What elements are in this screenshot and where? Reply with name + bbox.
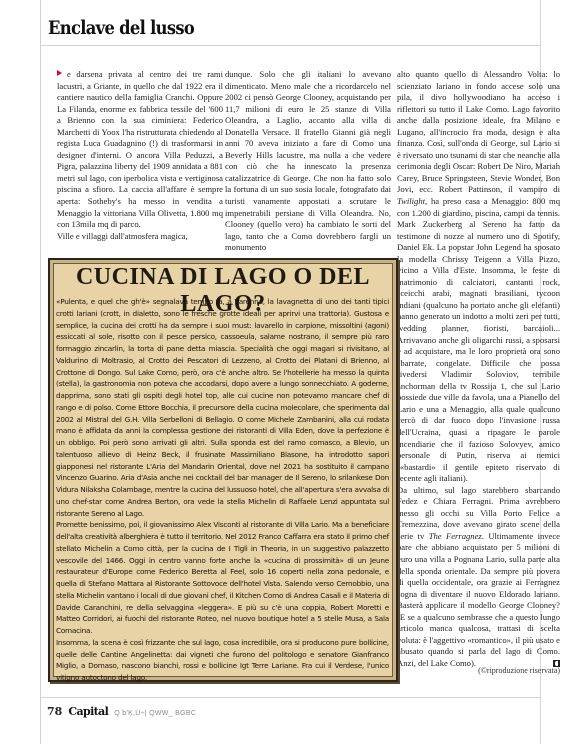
footer-meta: Q b'Ķ,U÷| QWW_ BGBC bbox=[114, 710, 196, 717]
page-footer: 78 Capital Q b'Ķ,U÷| QWW_ BGBC bbox=[47, 705, 196, 718]
article-paragraph: dunque. Solo che gli italiani lo avevano… bbox=[225, 69, 391, 254]
sidebar-paragraph: «Pulenta, e quel che gh'è» segnalava tem… bbox=[56, 296, 389, 519]
footer-divider bbox=[40, 697, 541, 698]
sidebar-paragraph: Insomma, la scena è così frizzante che s… bbox=[56, 637, 389, 684]
article-paragraph: alto quanto quello di Alessandro Volta: … bbox=[397, 69, 560, 485]
sidebar-box-text: «Pulenta, e quel che gh'è» segnalava tem… bbox=[56, 296, 389, 684]
section-title: Enclave del lusso bbox=[48, 17, 194, 39]
article-column-2: dunque. Solo che gli italiani lo avevano… bbox=[225, 69, 391, 254]
article-paragraph: e darsena privata al centro dei tre rami… bbox=[57, 69, 223, 231]
sidebar-paragraph: Promette benissimo, poi, il giovanissimo… bbox=[56, 519, 389, 637]
article-paragraph: Ville e villaggi dall'atmosfera magica, bbox=[57, 231, 223, 243]
magazine-brand: Capital bbox=[68, 705, 108, 718]
sidebar-box: CUCINA DI LAGO O DEL LAGO? «Pulenta, e q… bbox=[48, 258, 398, 682]
page-number: 78 bbox=[47, 705, 62, 718]
article-column-3: alto quanto quello di Alessandro Volta: … bbox=[397, 69, 560, 669]
article-paragraph: Da ultimo, sul lago starebbero sbarcando… bbox=[397, 485, 560, 670]
page-frame-left-rule bbox=[40, 0, 41, 744]
header-divider bbox=[40, 45, 541, 46]
continuation-marker-icon bbox=[57, 70, 62, 76]
article-column-1: e darsena privata al centro dei tre rami… bbox=[57, 69, 223, 242]
copyright-notice: (©riproduzione riservata) bbox=[397, 666, 560, 675]
